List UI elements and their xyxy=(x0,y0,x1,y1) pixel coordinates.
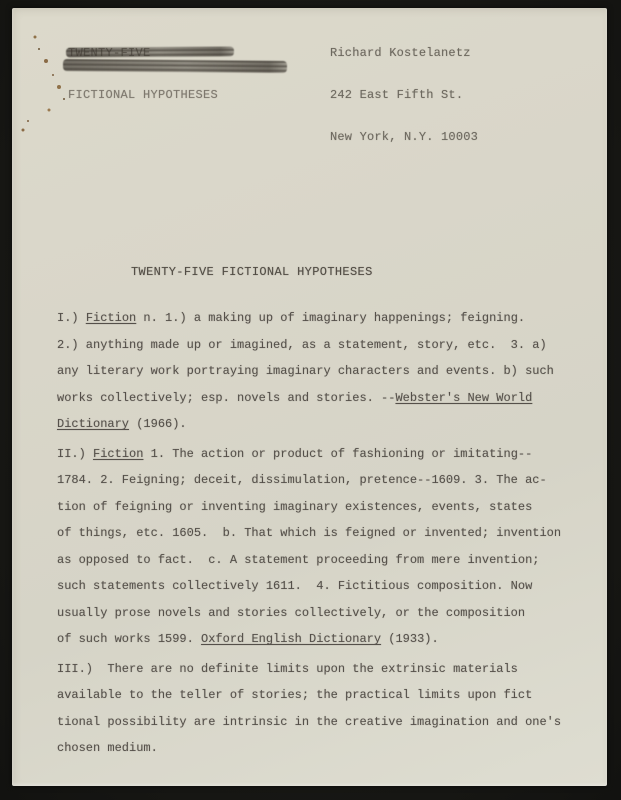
text-segment: such statements collectively 1611. 4. Fi… xyxy=(57,579,532,593)
struck-out-text-mark-1 xyxy=(66,46,234,57)
document-title: TWENTY-FIVE FICTIONAL HYPOTHESES xyxy=(131,265,373,279)
text-line: chosen medium. xyxy=(57,735,585,762)
text-segment: usually prose novels and stories collect… xyxy=(57,606,525,620)
text-segment: chosen medium. xyxy=(57,741,158,755)
struck-out-text-mark-2 xyxy=(63,59,287,73)
text-line: such statements collectively 1611. 4. Fi… xyxy=(57,573,585,600)
paragraph-oed-definition: II.) Fiction 1. The action or product of… xyxy=(57,441,585,653)
text-line: III.) There are no definite limits upon … xyxy=(57,656,585,683)
text-line: 1784. 2. Feigning; deceit, dissimulation… xyxy=(57,467,585,494)
text-line: II.) Fiction 1. The action or product of… xyxy=(57,441,585,468)
header-working-title: TWENTY-FIVE FICTIONAL HYPOTHESES xyxy=(68,18,218,130)
text-segment: of things, etc. 1605. b. That which is f… xyxy=(57,526,561,540)
text-line: works collectively; esp. novels and stor… xyxy=(57,385,585,412)
underlined-text: Fiction xyxy=(93,447,143,461)
underlined-text: Fiction xyxy=(86,311,136,325)
author-street: 242 East Fifth St. xyxy=(330,88,478,102)
text-segment: works collectively; esp. novels and stor… xyxy=(57,391,395,405)
text-line: tional possibility are intrinsic in the … xyxy=(57,709,585,736)
author-city: New York, N.Y. 10003 xyxy=(330,130,478,144)
text-segment: (1966). xyxy=(129,417,187,431)
text-line: any literary work portraying imaginary c… xyxy=(57,358,585,385)
manuscript-page: TWENTY-FIVE FICTIONAL HYPOTHESES Richard… xyxy=(12,8,607,786)
author-address-block: Richard Kostelanetz 242 East Fifth St. N… xyxy=(330,18,478,172)
text-line: as opposed to fact. c. A statement proce… xyxy=(57,547,585,574)
photo-background: TWENTY-FIVE FICTIONAL HYPOTHESES Richard… xyxy=(0,0,621,800)
underlined-text: Webster's New World xyxy=(395,391,532,405)
text-segment: any literary work portraying imaginary c… xyxy=(57,364,554,378)
rust-specks xyxy=(12,8,14,10)
text-segment: 1784. 2. Feigning; deceit, dissimulation… xyxy=(57,473,547,487)
text-segment: n. 1.) a making up of imaginary happenin… xyxy=(136,311,525,325)
text-line: usually prose novels and stories collect… xyxy=(57,600,585,627)
text-line: of such works 1599. Oxford English Dicti… xyxy=(57,626,585,653)
text-line: available to the teller of stories; the … xyxy=(57,682,585,709)
text-segment: tional possibility are intrinsic in the … xyxy=(57,715,561,729)
text-segment: available to the teller of stories; the … xyxy=(57,688,532,702)
author-name: Richard Kostelanetz xyxy=(330,46,478,60)
text-line: Dictionary (1966). xyxy=(57,411,585,438)
text-segment: 1. The action or product of fashioning o… xyxy=(143,447,532,461)
text-segment: III.) There are no definite limits upon … xyxy=(57,662,518,676)
document-body: I.) Fiction n. 1.) a making up of imagin… xyxy=(57,305,585,765)
text-line: tion of feigning or inventing imaginary … xyxy=(57,494,585,521)
text-segment: II.) xyxy=(57,447,93,461)
text-segment: of such works 1599. xyxy=(57,632,201,646)
text-segment: as opposed to fact. c. A statement proce… xyxy=(57,553,539,567)
text-segment: I.) xyxy=(57,311,86,325)
text-line: of things, etc. 1605. b. That which is f… xyxy=(57,520,585,547)
paragraph-hypothesis-three: III.) There are no definite limits upon … xyxy=(57,656,585,762)
text-segment: (1933). xyxy=(381,632,439,646)
text-segment: 2.) anything made up or imagined, as a s… xyxy=(57,338,547,352)
underlined-text: Dictionary xyxy=(57,417,129,431)
underlined-text: Oxford English Dictionary xyxy=(201,632,381,646)
paragraph-webster-definition: I.) Fiction n. 1.) a making up of imagin… xyxy=(57,305,585,438)
text-line: 2.) anything made up or imagined, as a s… xyxy=(57,332,585,359)
text-segment: tion of feigning or inventing imaginary … xyxy=(57,500,532,514)
text-line: I.) Fiction n. 1.) a making up of imagin… xyxy=(57,305,585,332)
header-title-line-2: FICTIONAL HYPOTHESES xyxy=(68,88,218,102)
